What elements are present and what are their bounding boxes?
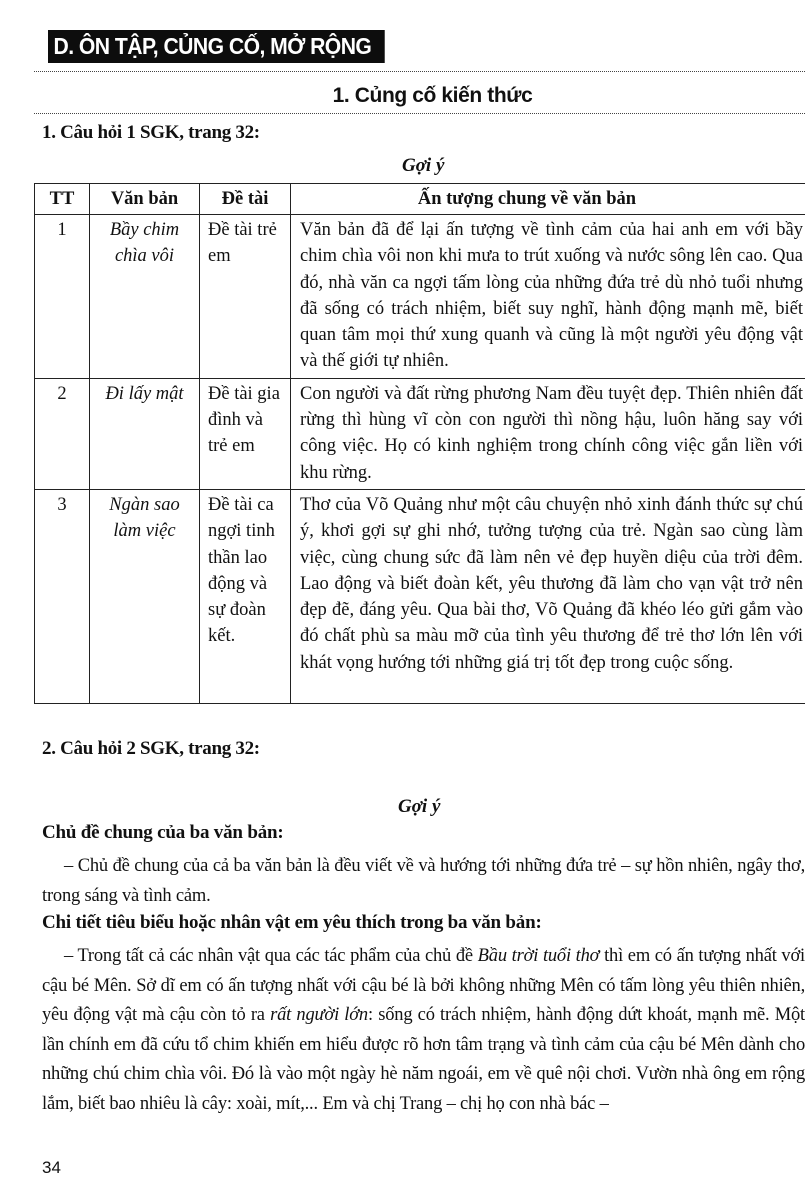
table-row: 2 Đi lấy mật Đề tài gia đình và trẻ em C… [35,378,805,489]
summary-table: TT Văn bản Đề tài Ấn tượng chung về văn … [34,183,805,704]
dotted-divider-bottom [34,113,805,114]
cell-de-tai: Đề tài ca ngợi tinh thần lao động và sự … [200,489,291,703]
detail-paragraph: – Trong tất cả các nhân vật qua các tác … [42,942,805,1119]
page-number: 34 [42,1158,61,1178]
cell-tt: 1 [35,215,90,379]
header-van-ban: Văn bản [90,184,200,215]
question-2-hint-label: Gợi ý [398,796,440,818]
cell-van-ban: Bầy chim chìa vôi [90,215,200,379]
dotted-divider-top [34,71,805,72]
question-2-heading: 2. Câu hỏi 2 SGK, trang 32: [42,738,260,760]
question-1-hint-label: Gợi ý [402,155,444,177]
header-an-tuong: Ấn tượng chung về văn bản [291,184,805,215]
detail-heading: Chi tiết tiêu biểu hoặc nhân vật em yêu … [42,912,542,934]
italic-phrase: rất người lớn [270,1005,368,1025]
table-header-row: TT Văn bản Đề tài Ấn tượng chung về văn … [35,184,805,215]
cell-tt: 3 [35,489,90,703]
cell-tt: 2 [35,378,90,489]
section-banner: D. ÔN TẬP, CỦNG CỐ, MỞ RỘNG [48,30,385,63]
header-tt: TT [35,184,90,215]
header-de-tai: Đề tài [200,184,291,215]
cell-van-ban: Ngàn sao làm việc [90,489,200,703]
question-1-heading: 1. Câu hỏi 1 SGK, trang 32: [42,122,260,144]
theme-heading: Chủ đề chung của ba văn bản: [42,822,283,844]
cell-de-tai: Đề tài trẻ em [200,215,291,379]
cell-van-ban: Đi lấy mật [90,378,200,489]
cell-an-tuong: Thơ của Võ Quảng như một câu chuyện nhỏ … [291,489,805,703]
italic-title: Bầu trời tuổi thơ [478,946,600,966]
theme-paragraph: – Chủ đề chung của cả ba văn bản là đều … [42,852,805,911]
subsection-title: 1. Củng cố kiến thức [0,82,805,110]
cell-an-tuong: Con người và đất rừng phương Nam đều tuy… [291,378,805,489]
table-row: 1 Bầy chim chìa vôi Đề tài trẻ em Văn bả… [35,215,805,379]
table-row: 3 Ngàn sao làm việc Đề tài ca ngợi tinh … [35,489,805,703]
cell-de-tai: Đề tài gia đình và trẻ em [200,378,291,489]
cell-an-tuong: Văn bản đã để lại ấn tượng về tình cảm c… [291,215,805,379]
